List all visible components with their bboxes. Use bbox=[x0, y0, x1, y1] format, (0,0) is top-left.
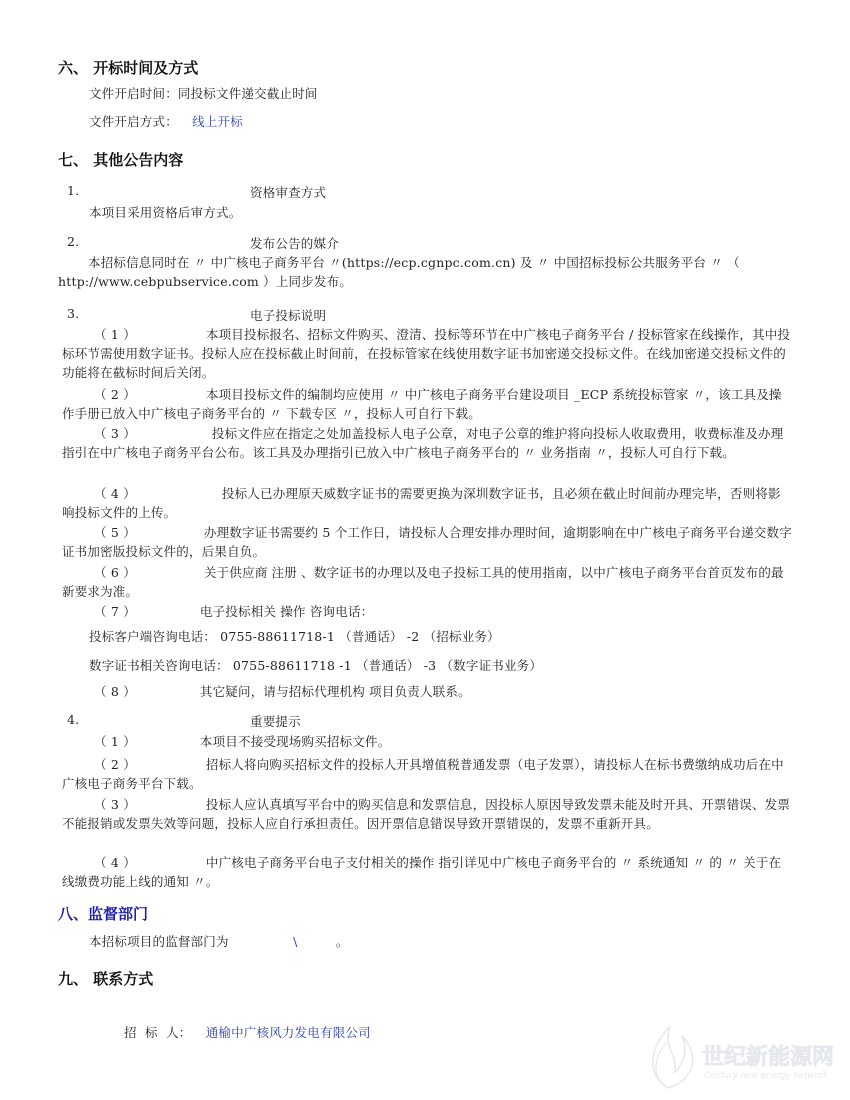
item-3-sub-6: （ 6 ）关于供应商 注册 、数字证书的办理以及电子投标工具的使用指南，以中广核… bbox=[62, 563, 792, 601]
flame-logo-icon: 世纪新能源网 Century new energy network bbox=[640, 1018, 850, 1098]
supervision-line: 本招标项目的监督部门为 \ 。 bbox=[89, 932, 349, 950]
item-4-title: 重要提示 bbox=[250, 712, 301, 730]
tenderer-label: 招 标 人： bbox=[124, 1025, 192, 1040]
tenderer-line: 招 标 人： 通榆中广核风力发电有限公司 bbox=[124, 1023, 371, 1041]
sub-number: （ 2 ） bbox=[94, 387, 136, 402]
sub-number: （ 3 ） bbox=[94, 426, 136, 441]
tenderer-value: 通榆中广核风力发电有限公司 bbox=[206, 1025, 371, 1040]
item-1-number: 1. bbox=[67, 183, 79, 198]
item-3-sub-4: （ 4 ）投标人已办理原天威数字证书的需要更换为深圳数字证书，且必须在截止时间前… bbox=[62, 484, 792, 522]
phone-client: 投标客户端咨询电话： 0755-88611718-1 （普通话） -2 （招标业… bbox=[89, 627, 500, 645]
open-method-label: 文件开启方式： bbox=[89, 114, 178, 129]
item-3-number: 3. bbox=[67, 306, 79, 321]
supervision-value: \ bbox=[293, 934, 297, 949]
item-3-sub-3: （ 3 ）投标文件应在指定之处加盖投标人电子公章，对电子公章的维护将向投标人收取… bbox=[62, 424, 792, 462]
sub-number: （ 7 ） bbox=[94, 604, 136, 619]
sub-number: （ 4 ） bbox=[94, 855, 136, 870]
open-method-value: 线上开标 bbox=[192, 114, 243, 129]
item-3-sub-7: （ 7 ）电子投标相关 操作 咨询电话： bbox=[62, 602, 792, 621]
item-4-sub-3: （ 3 ）投标人应认真填写平台中的购买信息和发票信息，因投标人原因导致发票未能及… bbox=[62, 795, 792, 833]
open-time-line: 文件开启时间：同投标文件递交截止时间 bbox=[89, 84, 318, 102]
section-8-heading: 八、监督部门 bbox=[58, 903, 148, 924]
item-4-sub-4: （ 4 ）中广核电子商务平台电子支付相关的操作 指引详见中广核电子商务平台的 〃… bbox=[62, 853, 792, 891]
item-3-sub-1: （ 1 ）本项目投标报名、招标文件购买、澄清、投标等环节在中广核电子商务平台 /… bbox=[62, 325, 792, 382]
sub-number: （ 1 ） bbox=[94, 734, 136, 749]
sub-number: （ 4 ） bbox=[94, 486, 136, 501]
item-4-sub-1: （ 1 ）本项目不接受现场购买招标文件。 bbox=[62, 732, 792, 751]
item-3-sub-8: （ 8 ）其它疑问，请与招标代理机构 项目负责人联系。 bbox=[62, 682, 792, 701]
svg-text:Century new energy network: Century new energy network bbox=[704, 1071, 829, 1081]
item-4-sub-2: （ 2 ）招标人将向购买招标文件的投标人开具增值税普通发票（电子发票），请投标人… bbox=[62, 755, 792, 793]
sub-number: （ 2 ） bbox=[94, 757, 136, 772]
item-2-number: 2. bbox=[67, 234, 79, 249]
section-9-heading: 九、 联系方式 bbox=[58, 968, 153, 989]
sub-number: （ 3 ） bbox=[94, 797, 136, 812]
open-method-line: 文件开启方式： 线上开标 bbox=[89, 112, 243, 130]
supervision-label: 本招标项目的监督部门为 bbox=[89, 934, 229, 949]
sub-number: （ 1 ） bbox=[94, 327, 136, 342]
section-6-heading: 六、 开标时间及方式 bbox=[58, 57, 198, 78]
item-2-title: 发布公告的媒介 bbox=[250, 234, 339, 252]
item-3-sub-5: （ 5 ）办理数字证书需要约 5 个工作日，请投标人合理安排办理时间，逾期影响在… bbox=[62, 523, 792, 561]
item-1-body: 本项目采用资格后审方式。 bbox=[89, 203, 241, 221]
phone-certificate: 数字证书相关咨询电话： 0755-88611718 -1 （普通话） -3 （数… bbox=[89, 656, 542, 674]
section-7-heading: 七、 其他公告内容 bbox=[58, 149, 183, 170]
sub-number: （ 8 ） bbox=[94, 684, 136, 699]
item-4-number: 4. bbox=[67, 712, 79, 727]
item-3-title: 电子投标说明 bbox=[250, 306, 326, 324]
svg-text:世纪新能源网: 世纪新能源网 bbox=[702, 1044, 834, 1070]
item-1-title: 资格审查方式 bbox=[250, 183, 326, 201]
item-2-body: 本招标信息同时在 〃 中广核电子商务平台 〃(https://ecp.cgnpc… bbox=[58, 253, 793, 291]
watermark-logo: 世纪新能源网 Century new energy network bbox=[640, 1018, 850, 1098]
item-3-sub-2: （ 2 ）本项目投标文件的编制均应使用 〃 中广核电子商务平台建设项目 _ECP… bbox=[62, 385, 792, 423]
sub-number: （ 6 ） bbox=[94, 565, 136, 580]
supervision-end: 。 bbox=[336, 934, 349, 949]
sub-number: （ 5 ） bbox=[94, 525, 136, 540]
